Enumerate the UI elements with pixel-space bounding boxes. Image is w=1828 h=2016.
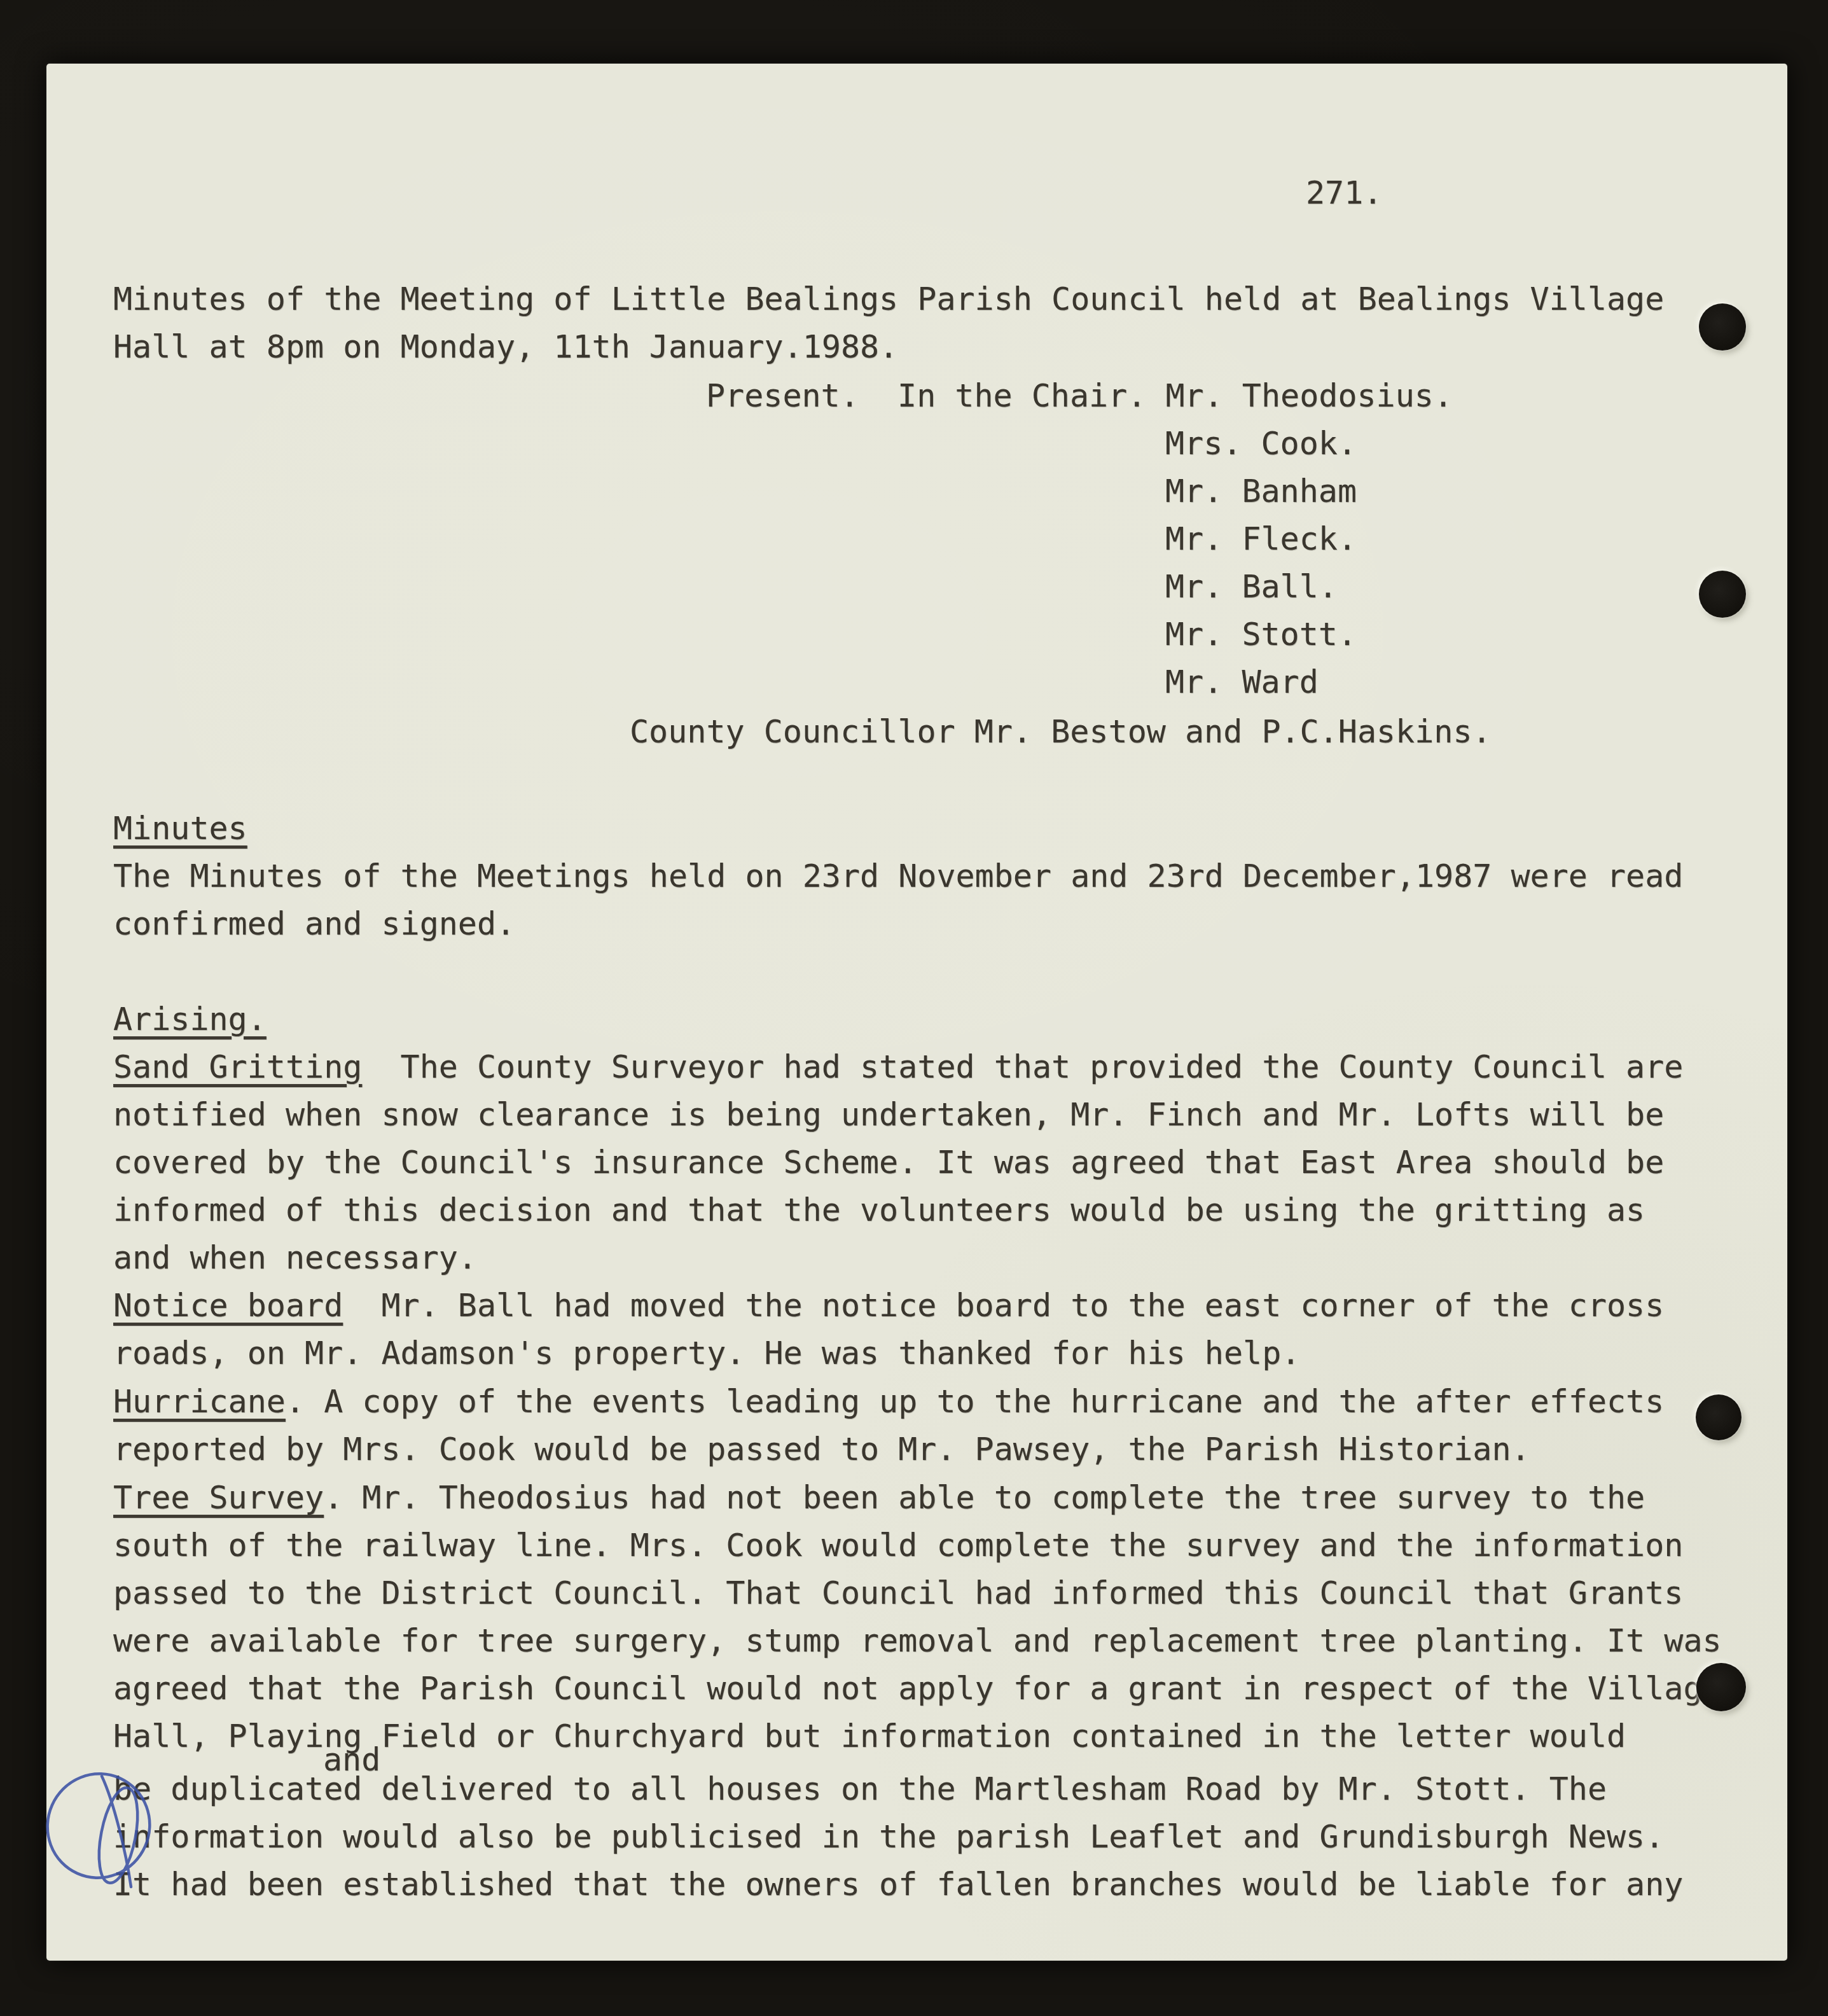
county-councillor-line: County Councillor Mr. Bestow and P.C.Has… [630,708,1492,756]
body-line: Tree Survey. Mr. Theodosius had not been… [113,1474,1645,1522]
hole-punch [1696,1663,1746,1711]
typewritten-text-layer: 271.Minutes of the Meeting of Little Bea… [46,64,1787,1961]
body-line: roads, on Mr. Adamson's property. He was… [113,1330,1300,1377]
pen-scribble [38,1762,204,1966]
hole-punch [1696,1394,1741,1440]
body-line: covered by the Council's insurance Schem… [113,1139,1664,1186]
paper: 271.Minutes of the Meeting of Little Bea… [46,64,1787,1961]
body-line: Sand Gritting The County Surveyor had st… [113,1043,1683,1091]
body-line: passed to the District Council. That Cou… [113,1569,1683,1617]
attendee: Mr. Banham [1165,468,1357,515]
body-line: reported by Mrs. Cook would be passed to… [113,1426,1530,1473]
attendee: Mr. Stott. [1165,611,1357,658]
body-line: The Minutes of the Meetings held on 23rd… [113,852,1683,900]
body-line: Notice board Mr. Ball had moved the noti… [113,1282,1664,1330]
hole-punch [1699,303,1746,351]
body-line: agreed that the Parish Council would not… [113,1665,1722,1713]
body-line: and when necessary. [113,1234,477,1282]
section-heading-arising: Arising. [113,996,267,1043]
body-line: south of the railway line. Mrs. Cook wou… [113,1522,1683,1569]
hole-punch [1699,571,1746,618]
body-line: It had been established that the owners … [113,1861,1683,1908]
body-line: be duplicated delivered to all houses on… [113,1765,1607,1813]
title-line-1: Minutes of the Meeting of Little Bealing… [113,275,1664,323]
body-line: Hurricane. A copy of the events leading … [113,1378,1664,1426]
page-number: 271. [1306,169,1382,217]
body-line: confirmed and signed. [113,900,515,948]
attendee: Mrs. Cook. [1165,420,1357,468]
scan-background: 271.Minutes of the Meeting of Little Bea… [0,0,1828,2016]
attendee: Mr. Fleck. [1165,515,1357,563]
attendee: Mr. Ward [1165,658,1319,706]
attendee: Mr. Ball. [1165,563,1338,611]
present-chair-line: Present. In the Chair. Mr. Theodosius. [706,372,1453,420]
body-line: informed of this decision and that the v… [113,1186,1645,1234]
section-heading-minutes: Minutes [113,805,247,852]
body-line: notified when snow clearance is being un… [113,1091,1664,1139]
title-line-2: Hall at 8pm on Monday, 11th January.1988… [113,323,898,371]
body-line: were available for tree surgery, stump r… [113,1617,1722,1665]
body-line: information would also be publicised in … [113,1813,1664,1861]
